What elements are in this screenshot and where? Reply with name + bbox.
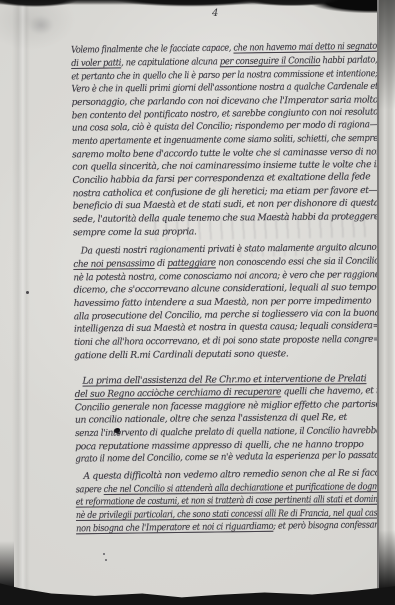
- handwritten-segment: grato il nome del Concilio, come se n'è …: [75, 450, 381, 465]
- manuscript-paragraph: A questa difficoltà non vedemo altro rem…: [75, 467, 382, 535]
- handwritten-segment: sempre come la sua propria.: [73, 226, 197, 238]
- handwritten-segment: beneficio di sua Maestà et de stati sudi…: [73, 197, 379, 211]
- handwritten-segment: di: [154, 258, 167, 269]
- manuscript-paragraph: Da questi nostri ragionamenti privati è …: [73, 242, 380, 362]
- handwritten-underlined-segment: che nel Concilio si attenderà alla dechi…: [104, 481, 382, 495]
- handwritten-line: sempre come la sua propria.: [73, 224, 379, 240]
- handwritten-segment: mento apertamente et ingenuamente come s…: [72, 133, 378, 147]
- manuscript-paragraph: Volemo finalmente che le facciate capace…: [71, 41, 379, 239]
- handwritten-segment: Vero è che in quelli primi giorni dell'a…: [71, 81, 378, 95]
- handwritten-underlined-segment: per conseguire il Concilio: [220, 55, 320, 67]
- handwritten-segment: ; et però bisogna confessare: [273, 519, 382, 531]
- handwritten-segment: senza l'intervento di qualche prelato di…: [75, 425, 381, 439]
- handwritten-underlined-segment: non bisogna che l'Imperatore et noi ci r…: [76, 521, 273, 535]
- ink-specks: [103, 553, 106, 561]
- faint-smudge: [24, 12, 58, 38]
- handwritten-underlined-segment: che noi pensassimo: [73, 258, 154, 270]
- handwritten-segment: quelli che havemo, et il: [281, 385, 381, 397]
- handwritten-segment: Volemo finalmente che le facciate capace…: [71, 43, 234, 56]
- manuscript-paragraph: La prima dell'assistenza del Re Chr.mo e…: [74, 372, 381, 466]
- handwritten-segment: sede, l'autorità della quale tenemo che …: [73, 211, 379, 225]
- left-fold-crease: [12, 0, 30, 605]
- handwritten-underlined-segment: et reformatione de costumi, et non si tr…: [76, 494, 383, 508]
- handwritten-underlined-segment: di voler patti: [71, 57, 121, 69]
- handwritten-segment: non conoscendo essi che sia il Concilio: [216, 255, 380, 268]
- handwritten-segment: habbi parlato,: [320, 54, 377, 66]
- handwritten-underlined-segment: del suo Regno acciòche cerchiamo di recu…: [75, 386, 282, 400]
- handwritten-line: grato il nome del Concilio, come se n'è …: [75, 449, 363, 466]
- ink-speck: [26, 291, 29, 294]
- handwritten-segment: dicemo, che s'occorrevano alcune conside…: [74, 282, 377, 296]
- handwritten-segment: , ne capitulatione alcuna: [121, 56, 220, 68]
- handwritten-line: gatione delli R.mi Cardinali deputati so…: [74, 346, 380, 362]
- handwritten-underlined-segment: che non havemo mai detto ni segnato: [233, 41, 377, 54]
- manuscript-scan-page: 4 Volemo finalmente che le facciate capa…: [0, 0, 395, 605]
- book-fore-edge: [377, 0, 395, 605]
- scan-top-edge: [0, 0, 395, 13]
- handwritten-underlined-segment: patteggiare: [167, 257, 216, 269]
- fore-edge-top-shadow: [379, 0, 395, 110]
- handwritten-segment: tioni che all'hora occorrevano, et di po…: [74, 334, 380, 348]
- handwritten-segment: un concilio nationale, oltre che senza l…: [75, 412, 347, 426]
- handwritten-segment: gatione delli R.mi Cardinali deputati so…: [74, 348, 288, 361]
- handwritten-segment: sapere: [76, 484, 104, 495]
- manuscript-text: Volemo finalmente che le facciate capace…: [71, 41, 382, 535]
